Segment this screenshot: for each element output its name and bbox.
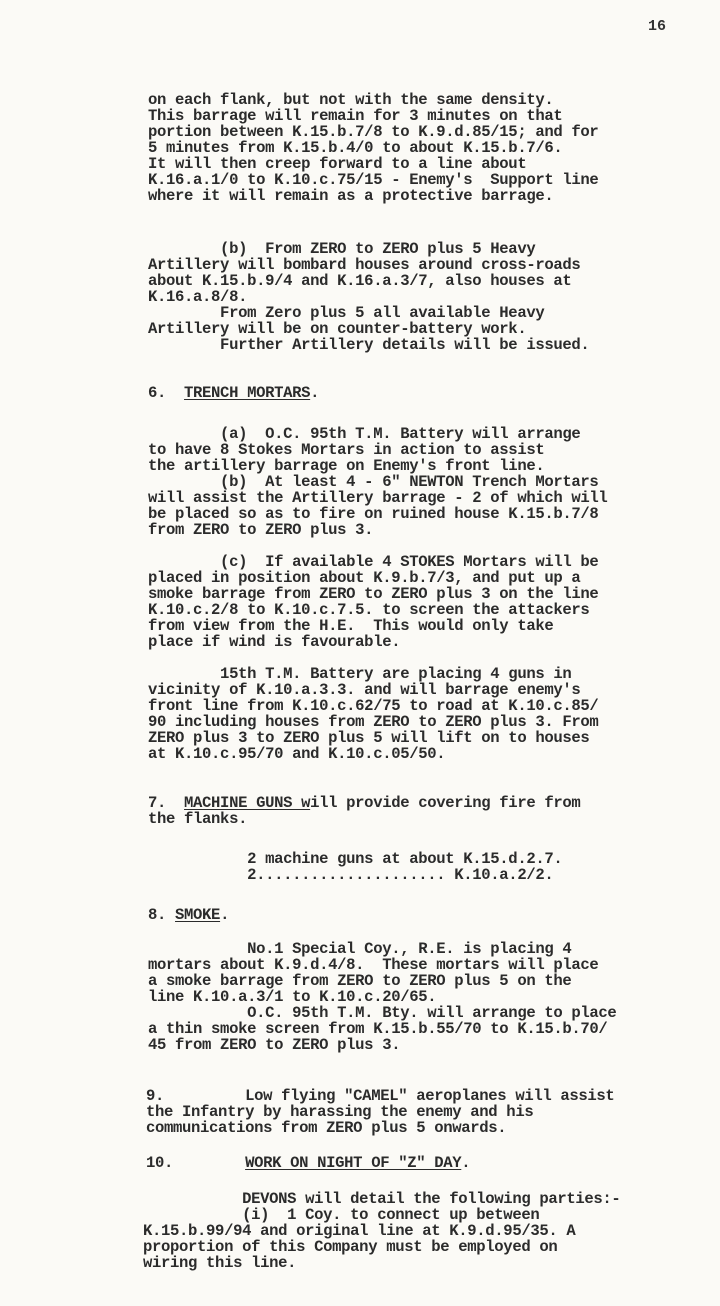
text-line: (i) 1 Coy. to connect up between xyxy=(143,1207,539,1223)
text-line: mortars about K.9.d.4/8. These mortars w… xyxy=(148,957,598,973)
text-line: proportion of this Company must be emplo… xyxy=(143,1239,557,1255)
section-heading: WORK ON NIGHT OF "Z" DAY xyxy=(245,1154,461,1172)
text-line: smoke barrage from ZERO to ZERO plus 3 o… xyxy=(148,586,598,602)
text-line: K.10.c.2/8 to K.10.c.7.5. to screen the … xyxy=(148,602,589,618)
text-line: communications from ZERO plus 5 onwards. xyxy=(146,1120,506,1136)
text-line: 2 machine guns at about K.15.d.2.7. xyxy=(148,851,562,867)
text-line: a smoke barrage from ZERO to ZERO plus 5… xyxy=(148,973,571,989)
text-line: portion between K.15.b.7/8 to K.9.d.85/1… xyxy=(148,124,598,140)
text-line: from ZERO to ZERO plus 3. xyxy=(148,522,373,538)
section-heading-line: 6. TRENCH MORTARS. xyxy=(148,385,319,401)
text-line: at K.10.c.95/70 and K.10.c.05/50. xyxy=(148,746,445,762)
text-line: It will then creep forward to a line abo… xyxy=(148,156,526,172)
text-line: from view from the H.E. This would only … xyxy=(148,618,553,634)
text-line: No.1 Special Coy., R.E. is placing 4 xyxy=(148,941,571,957)
text-line: where it will remain as a protective bar… xyxy=(148,188,553,204)
text-line: (b) From ZERO to ZERO plus 5 Heavy xyxy=(148,241,535,257)
text-line: 5 minutes from K.15.b.4/0 to about K.15.… xyxy=(148,140,562,156)
page-number: 16 xyxy=(648,18,666,35)
text-line: From Zero plus 5 all available Heavy xyxy=(148,305,544,321)
text-line: place if wind is favourable. xyxy=(148,634,400,650)
text-line: Artillery will bombard houses around cro… xyxy=(148,257,580,273)
text-line: front line from K.10.c.62/75 to road at … xyxy=(148,698,598,714)
section-heading-line: 8. SMOKE. xyxy=(148,907,229,923)
text-line: be placed so as to fire on ruined house … xyxy=(148,506,598,522)
section-heading: TRENCH MORTARS xyxy=(184,384,310,402)
text-line: Further Artillery details will be issued… xyxy=(148,337,589,353)
text-line: the Infantry by harassing the enemy and … xyxy=(146,1104,533,1120)
text-line: 45 from ZERO to ZERO plus 3. xyxy=(148,1037,400,1053)
text-line: on each flank, but not with the same den… xyxy=(148,92,553,108)
text-line: placed in position about K.9.b.7/3, and … xyxy=(148,570,580,586)
text-line: DEVONS will detail the following parties… xyxy=(143,1191,620,1207)
text-line: 2..................... K.10.a.2/2. xyxy=(148,867,553,883)
text-line: (c) If available 4 STOKES Mortars will b… xyxy=(148,554,598,570)
text-line: (a) O.C. 95th T.M. Battery will arrange xyxy=(148,426,580,442)
text-line: K.16.a.8/8. xyxy=(148,289,247,305)
text-line: K.15.b.99/94 and original line at K.9.d.… xyxy=(143,1223,575,1239)
text-line: ZERO plus 3 to ZERO plus 5 will lift on … xyxy=(148,730,589,746)
text-line: (b) At least 4 - 6" NEWTON Trench Mortar… xyxy=(148,474,598,490)
text-line: to have 8 Stokes Mortars in action to as… xyxy=(148,442,544,458)
text-line: a thin smoke screen from K.15.b.55/70 to… xyxy=(148,1021,607,1037)
text-line: Artillery will be on counter-battery wor… xyxy=(148,321,526,337)
text-line: the flanks. xyxy=(148,811,247,827)
text-line: O.C. 95th T.M. Bty. will arrange to plac… xyxy=(148,1005,616,1021)
text-line: the artillery barrage on Enemy's front l… xyxy=(148,458,544,474)
text-line: 15th T.M. Battery are placing 4 guns in xyxy=(148,666,571,682)
text-line: will assist the Artillery barrage - 2 of… xyxy=(148,490,607,506)
text-line: wiring this line. xyxy=(143,1255,296,1271)
text-line: vicinity of K.10.a.3.3. and will barrage… xyxy=(148,682,580,698)
section-heading-line: 7. MACHINE GUNS will provide covering fi… xyxy=(148,795,580,811)
section-heading-line: 10. WORK ON NIGHT OF "Z" DAY. xyxy=(146,1155,470,1171)
text-line: K.16.a.1/0 to K.10.c.75/15 - Enemy's Sup… xyxy=(148,172,598,188)
text-line: This barrage will remain for 3 minutes o… xyxy=(148,108,562,124)
text-line: 90 including houses from ZERO to ZERO pl… xyxy=(148,714,598,730)
text-line: about K.15.b.9/4 and K.16.a.3/7, also ho… xyxy=(148,273,571,289)
text-line: line K.10.a.3/1 to K.10.c.20/65. xyxy=(148,989,436,1005)
text-line: 9. Low flying "CAMEL" aeroplanes will as… xyxy=(146,1088,614,1104)
section-heading: SMOKE xyxy=(175,906,220,924)
